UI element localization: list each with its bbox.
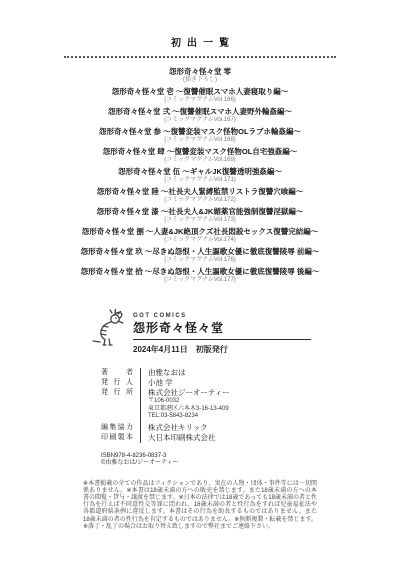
colophon-head: GOT COMICS 怨形奇々怪々堂	[133, 312, 311, 340]
credit-row-printing: 印刷製本 大日本印刷株式会社	[101, 433, 317, 443]
list-item: 怨形奇々怪々堂 捌 〜人妻&JK絶頂クズ社長悶殺セックス復讐完結編〜 (コミック…	[0, 227, 400, 244]
copyright-line: ©由雅なおは/ジーオーティー	[101, 460, 317, 468]
chapter-title: 怨形奇々怪々堂 零	[0, 67, 400, 76]
credit-value: 株式会社ジーオーティー 〒106-0032 東京都港区六本木3-16-13-40…	[140, 388, 317, 423]
credit-label: 印刷製本	[101, 433, 133, 443]
colophon-page: 初出一覧 怨形奇々怪々堂 零 (描き下ろし) 怨形奇々怪々堂 壱 〜復讐催眠スマ…	[0, 0, 400, 570]
credit-row-author: 著 者 由雅なおは	[101, 368, 317, 378]
imprint-label: GOT COMICS	[133, 312, 311, 320]
credit-row-publisher-person: 発行人 小池 学	[101, 378, 317, 388]
credit-label: 発行所	[101, 388, 133, 423]
list-item: 怨形奇々怪々堂 零 (描き下ろし)	[0, 67, 400, 84]
mascot-illustration	[91, 308, 127, 348]
credit-label: 発行人	[101, 378, 133, 388]
credit-value: 小池 学	[140, 378, 317, 388]
list-item: 怨形奇々怪々堂 漆 〜社長夫人&JK媚薬官能強制復讐淫獄編〜 (コミックマグナム…	[0, 207, 400, 224]
first-appearance-heading: 初出一覧	[0, 0, 400, 49]
publisher-name: 株式会社ジーオーティー	[148, 388, 317, 398]
credit-label: 編集協力	[101, 423, 133, 433]
street-address: 東京都港区六本木3-16-13-409	[148, 406, 317, 413]
isbn-number: ISBN978-4-8236-0837-3	[101, 453, 317, 461]
chapter-title: 怨形奇々怪々堂 拾 〜尽きぬ怨恨・人生謳歌女優に徹底復讐陵辱 後編〜	[0, 267, 400, 276]
list-item: 怨形奇々怪々堂 拾 〜尽きぬ怨恨・人生謳歌女優に徹底復讐陵辱 後編〜 (コミック…	[0, 267, 400, 284]
list-item: 怨形奇々怪々堂 弐 〜復讐催眠スマホ人妻野外輪姦編〜 (コミックマグナムVol.…	[0, 107, 400, 124]
credit-value: 大日本印刷株式会社	[140, 433, 317, 443]
list-item: 怨形奇々怪々堂 参 〜復讐変装マスク怪物OLラブホ輪姦編〜 (コミックマグナムV…	[0, 127, 400, 144]
chapter-list: 怨形奇々怪々堂 零 (描き下ろし) 怨形奇々怪々堂 壱 〜復讐催眠スマホ人妻寝取…	[0, 67, 400, 284]
chapter-title: 怨形奇々怪々堂 捌 〜人妻&JK絶頂クズ社長悶殺セックス復讐完結編〜	[0, 227, 400, 236]
list-item: 怨形奇々怪々堂 伍 〜ギャルJK復讐透明強姦編〜 (コミックマグナムVol.17…	[0, 167, 400, 184]
chapter-source: (コミックマグナムVol.176)	[0, 257, 400, 264]
list-item: 怨形奇々怪々堂 陸 〜社長夫人緊縛監禁リストラ復讐穴喰編〜 (コミックマグナムV…	[0, 187, 400, 204]
chapter-title: 怨形奇々怪々堂 壱 〜復讐催眠スマホ人妻寝取り編〜	[0, 87, 400, 96]
colophon-block: GOT COMICS 怨形奇々怪々堂 2024年4月11日 初版発行 著 者 由…	[83, 312, 317, 468]
chapter-source: (コミックマグナムVol.169)	[0, 157, 400, 164]
chapter-title: 怨形奇々怪々堂 弐 〜復讐催眠スマホ人妻野外輪姦編〜	[0, 107, 400, 116]
credit-value: 株式会社キリック	[140, 423, 317, 433]
chapter-title: 怨形奇々怪々堂 陸 〜社長夫人緊縛監禁リストラ復讐穴喰編〜	[0, 187, 400, 196]
chapter-source: (コミックマグナムVol.173)	[0, 217, 400, 224]
list-item: 怨形奇々怪々堂 肆 〜復讐変装マスク怪物OL自宅強姦編〜 (コミックマグナムVo…	[0, 147, 400, 164]
chapter-source: (コミックマグナムVol.171)	[0, 177, 400, 184]
chapter-source: (コミックマグナムVol.174)	[0, 237, 400, 244]
dotted-divider	[64, 56, 336, 58]
chapter-source: (コミックマグナムVol.177)	[0, 277, 400, 284]
credits-table: 著 者 由雅なおは 発行人 小池 学 発行所 株式会社ジーオーティー 〒106-…	[83, 368, 317, 443]
chapter-title: 怨形奇々怪々堂 参 〜復讐変装マスク怪物OLラブホ輪姦編〜	[0, 127, 400, 136]
telephone: TEL:03-5843-8234	[148, 413, 317, 420]
credit-label: 著 者	[101, 368, 133, 378]
chapter-source: (コミックマグナムVol.167)	[0, 117, 400, 124]
credit-value: 由雅なおは	[140, 368, 317, 378]
chapter-source: (コミックマグナムVol.172)	[0, 197, 400, 204]
legal-disclaimer: ※本書掲載の全ての作品はフィクションであり、実在の人物・団体・事件等には一切関係…	[83, 481, 317, 531]
publisher-address: 〒106-0032 東京都港区六本木3-16-13-409 TEL:03-584…	[148, 398, 317, 423]
postal-code: 〒106-0032	[148, 398, 317, 405]
chapter-title: 怨形奇々怪々堂 漆 〜社長夫人&JK媚薬官能強制復讐淫獄編〜	[0, 207, 400, 216]
book-title: 怨形奇々怪々堂	[133, 321, 311, 335]
chapter-source: (描き下ろし)	[0, 77, 400, 84]
isbn-block: ISBN978-4-8236-0837-3 ©由雅なおは/ジーオーティー	[83, 453, 317, 468]
chapter-title: 怨形奇々怪々堂 伍 〜ギャルJK復讐透明強姦編〜	[0, 167, 400, 176]
credit-row-publisher: 発行所 株式会社ジーオーティー 〒106-0032 東京都港区六本木3-16-1…	[101, 388, 317, 423]
list-item: 怨形奇々怪々堂 壱 〜復讐催眠スマホ人妻寝取り編〜 (コミックマグナムVol.1…	[0, 87, 400, 104]
chapter-title: 怨形奇々怪々堂 玖 〜尽きぬ怨恨・人生謳歌女優に徹底復讐陵辱 前編〜	[0, 247, 400, 256]
chapter-source: (コミックマグナムVol.168)	[0, 137, 400, 144]
chapter-source: (コミックマグナムVol.166)	[0, 97, 400, 104]
edition-date: 2024年4月11日 初版発行	[133, 344, 317, 355]
chapter-title: 怨形奇々怪々堂 肆 〜復讐変装マスク怪物OL自宅強姦編〜	[0, 147, 400, 156]
credit-row-editing: 編集協力 株式会社キリック	[101, 423, 317, 433]
list-item: 怨形奇々怪々堂 玖 〜尽きぬ怨恨・人生謳歌女優に徹底復讐陵辱 前編〜 (コミック…	[0, 247, 400, 264]
